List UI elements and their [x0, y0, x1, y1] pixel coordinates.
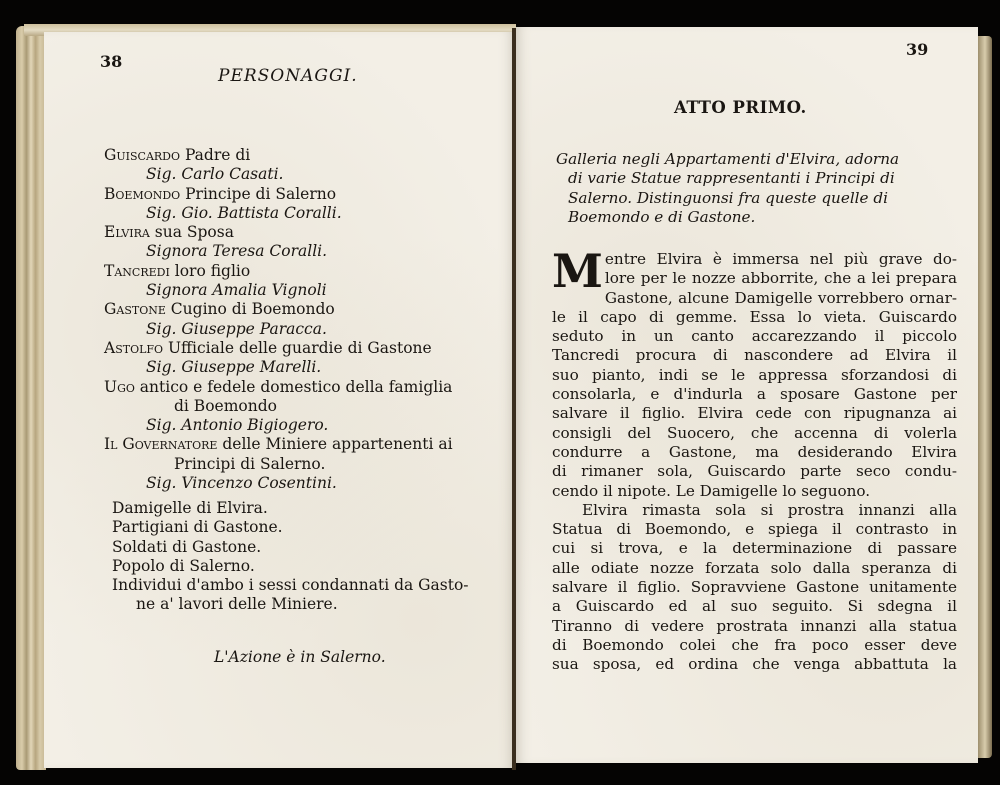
- role-name: Gastone: [104, 300, 166, 318]
- role-name: Il Governatore: [104, 435, 217, 453]
- scene-line: Galleria negli Appartamenti d'Elvira, ad…: [556, 150, 956, 169]
- scene-line: di varie Statue rappresentanti i Princip…: [556, 169, 956, 188]
- role-desc: antico e fedele domestico della famiglia: [135, 378, 453, 396]
- actor-name: Sig. Gio. Battista Coralli.: [104, 204, 494, 223]
- text-line: di rimaner sola, Guiscardo parte seco co…: [552, 462, 957, 481]
- actor-name: Signora Teresa Coralli.: [104, 242, 494, 261]
- page-number-right: 39: [906, 40, 928, 59]
- text-line: a Guiscardo ed al suo seguito. Si sdegna…: [552, 597, 957, 616]
- actor-name: Sig. Giuseppe Marelli.: [104, 358, 494, 377]
- left-page-edges: [16, 26, 46, 770]
- cast-entry: Ugo antico e fedele domestico della fami…: [104, 378, 494, 436]
- actor-name: Sig. Antonio Bigiogero.: [104, 416, 494, 435]
- text-line: suo pianto, indi se le appressa sforzand…: [552, 366, 957, 385]
- cast-entry: Astolfo Ufficiale delle guardie di Gasto…: [104, 339, 494, 378]
- role-desc: Ufficiale delle guardie di Gastone: [163, 339, 432, 357]
- cast-entry: Boemondo Principe di Salerno Sig. Gio. B…: [104, 185, 494, 224]
- text-line: seduto in un canto accarezzando il picco…: [552, 327, 957, 346]
- actor-name: Signora Amalia Vignoli: [104, 281, 494, 300]
- extras-item: Damigelle di Elvira.: [112, 499, 492, 518]
- scene-line: Salerno. Distinguonsi fra queste quelle …: [556, 189, 956, 208]
- cast-entry: Guiscardo Padre di Sig. Carlo Casati.: [104, 146, 494, 185]
- page-number-left: 38: [100, 52, 122, 71]
- text-line: alle odiate nozze forzata solo dalla spe…: [552, 559, 957, 578]
- open-book: 38 PERSONAGGI. Guiscardo Padre di Sig. C…: [0, 0, 1000, 785]
- text-line: consolarla, e d'indurla a sposare Gaston…: [552, 385, 957, 404]
- text-line: salvare il figlio. Elvira cede con ripug…: [552, 404, 957, 423]
- role-desc-continuation: Principi di Salerno.: [104, 455, 494, 474]
- cast-entry: Elvira sua Sposa Signora Teresa Coralli.: [104, 223, 494, 262]
- cast-entry: Gastone Cugino di Boemondo Sig. Giuseppe…: [104, 300, 494, 339]
- right-page-edges: [978, 36, 992, 758]
- extras-item: Partigiani di Gastone.: [112, 518, 492, 537]
- text-line: Tancredi procura di nascondere ad Elvira…: [552, 346, 957, 365]
- scene-description: Galleria negli Appartamenti d'Elvira, ad…: [556, 150, 956, 227]
- role-desc: Padre di: [180, 146, 250, 164]
- extras-list: Damigelle di Elvira. Partigiani di Gasto…: [112, 499, 492, 615]
- text-line: lore per le nozze abborrite, che a lei p…: [605, 269, 957, 288]
- text-line: cendo il nipote. Le Damigelle lo seguono…: [552, 482, 957, 501]
- text-line: salvare il figlio. Sopravviene Gastone u…: [552, 578, 957, 597]
- role-name: Guiscardo: [104, 146, 180, 164]
- role-name: Elvira: [104, 223, 150, 241]
- text-line: Statua di Boemondo, e spiega il contrast…: [552, 520, 957, 539]
- cast-entry: Tancredi loro figlio Signora Amalia Vign…: [104, 262, 494, 301]
- role-name: Ugo: [104, 378, 135, 396]
- actor-name: Sig. Carlo Casati.: [104, 165, 494, 184]
- text-line: Elvira rimasta sola si prostra innanzi a…: [552, 501, 957, 520]
- text-line: cui si trova, e la determinazione di pas…: [552, 539, 957, 558]
- role-desc: loro figlio: [170, 262, 250, 280]
- actor-name: Sig. Giuseppe Paracca.: [104, 320, 494, 339]
- extras-item: Soldati di Gastone.: [112, 538, 492, 557]
- setting-note: L'Azione è in Salerno.: [214, 648, 386, 666]
- extras-item-continuation: ne a' lavori delle Miniere.: [112, 595, 492, 614]
- extras-item: Individui d'ambo i sessi condannati da G…: [112, 576, 492, 595]
- role-desc: Cugino di Boemondo: [166, 300, 335, 318]
- text-line: di Boemondo colei che fra poco esser dev…: [552, 636, 957, 655]
- role-name: Boemondo: [104, 185, 180, 203]
- body-text: M entre Elvira è immersa nel più grave d…: [552, 250, 957, 675]
- text-line: consigli del Suocero, che accenna di vol…: [552, 424, 957, 443]
- act-title: ATTO PRIMO.: [674, 98, 807, 117]
- text-line: Tiranno di vedere prostrata innanzi alla…: [552, 617, 957, 636]
- paragraph-2: Elvira rimasta sola si prostra innanzi a…: [552, 501, 957, 675]
- role-desc: sua Sposa: [150, 223, 234, 241]
- personaggi-title: PERSONAGGI.: [218, 66, 358, 86]
- role-desc: delle Miniere appartenenti ai: [217, 435, 452, 453]
- text-line: condurre a Gastone, ma desiderando Elvir…: [552, 443, 957, 462]
- text-line: entre Elvira è immersa nel più grave do-: [605, 250, 957, 269]
- drop-cap: M: [552, 252, 603, 290]
- text-line: le il capo di gemme. Essa lo vieta. Guis…: [552, 308, 957, 327]
- paragraph-1: M entre Elvira è immersa nel più grave d…: [552, 250, 957, 501]
- role-name: Tancredi: [104, 262, 170, 280]
- text-line: sua sposa, ed ordina che venga abbattuta…: [552, 655, 957, 674]
- role-name: Astolfo: [104, 339, 163, 357]
- extras-item: Popolo di Salerno.: [112, 557, 492, 576]
- actor-name: Sig. Vincenzo Cosentini.: [104, 474, 494, 493]
- scene-line: Boemondo e di Gastone.: [556, 208, 956, 227]
- cast-list: Guiscardo Padre di Sig. Carlo Casati. Bo…: [104, 146, 494, 493]
- cast-entry: Il Governatore delle Miniere appartenent…: [104, 435, 494, 493]
- role-desc: Principe di Salerno: [180, 185, 336, 203]
- role-desc-continuation: di Boemondo: [104, 397, 494, 416]
- text-line: Gastone, alcune Damigelle vorrebbero orn…: [605, 289, 957, 308]
